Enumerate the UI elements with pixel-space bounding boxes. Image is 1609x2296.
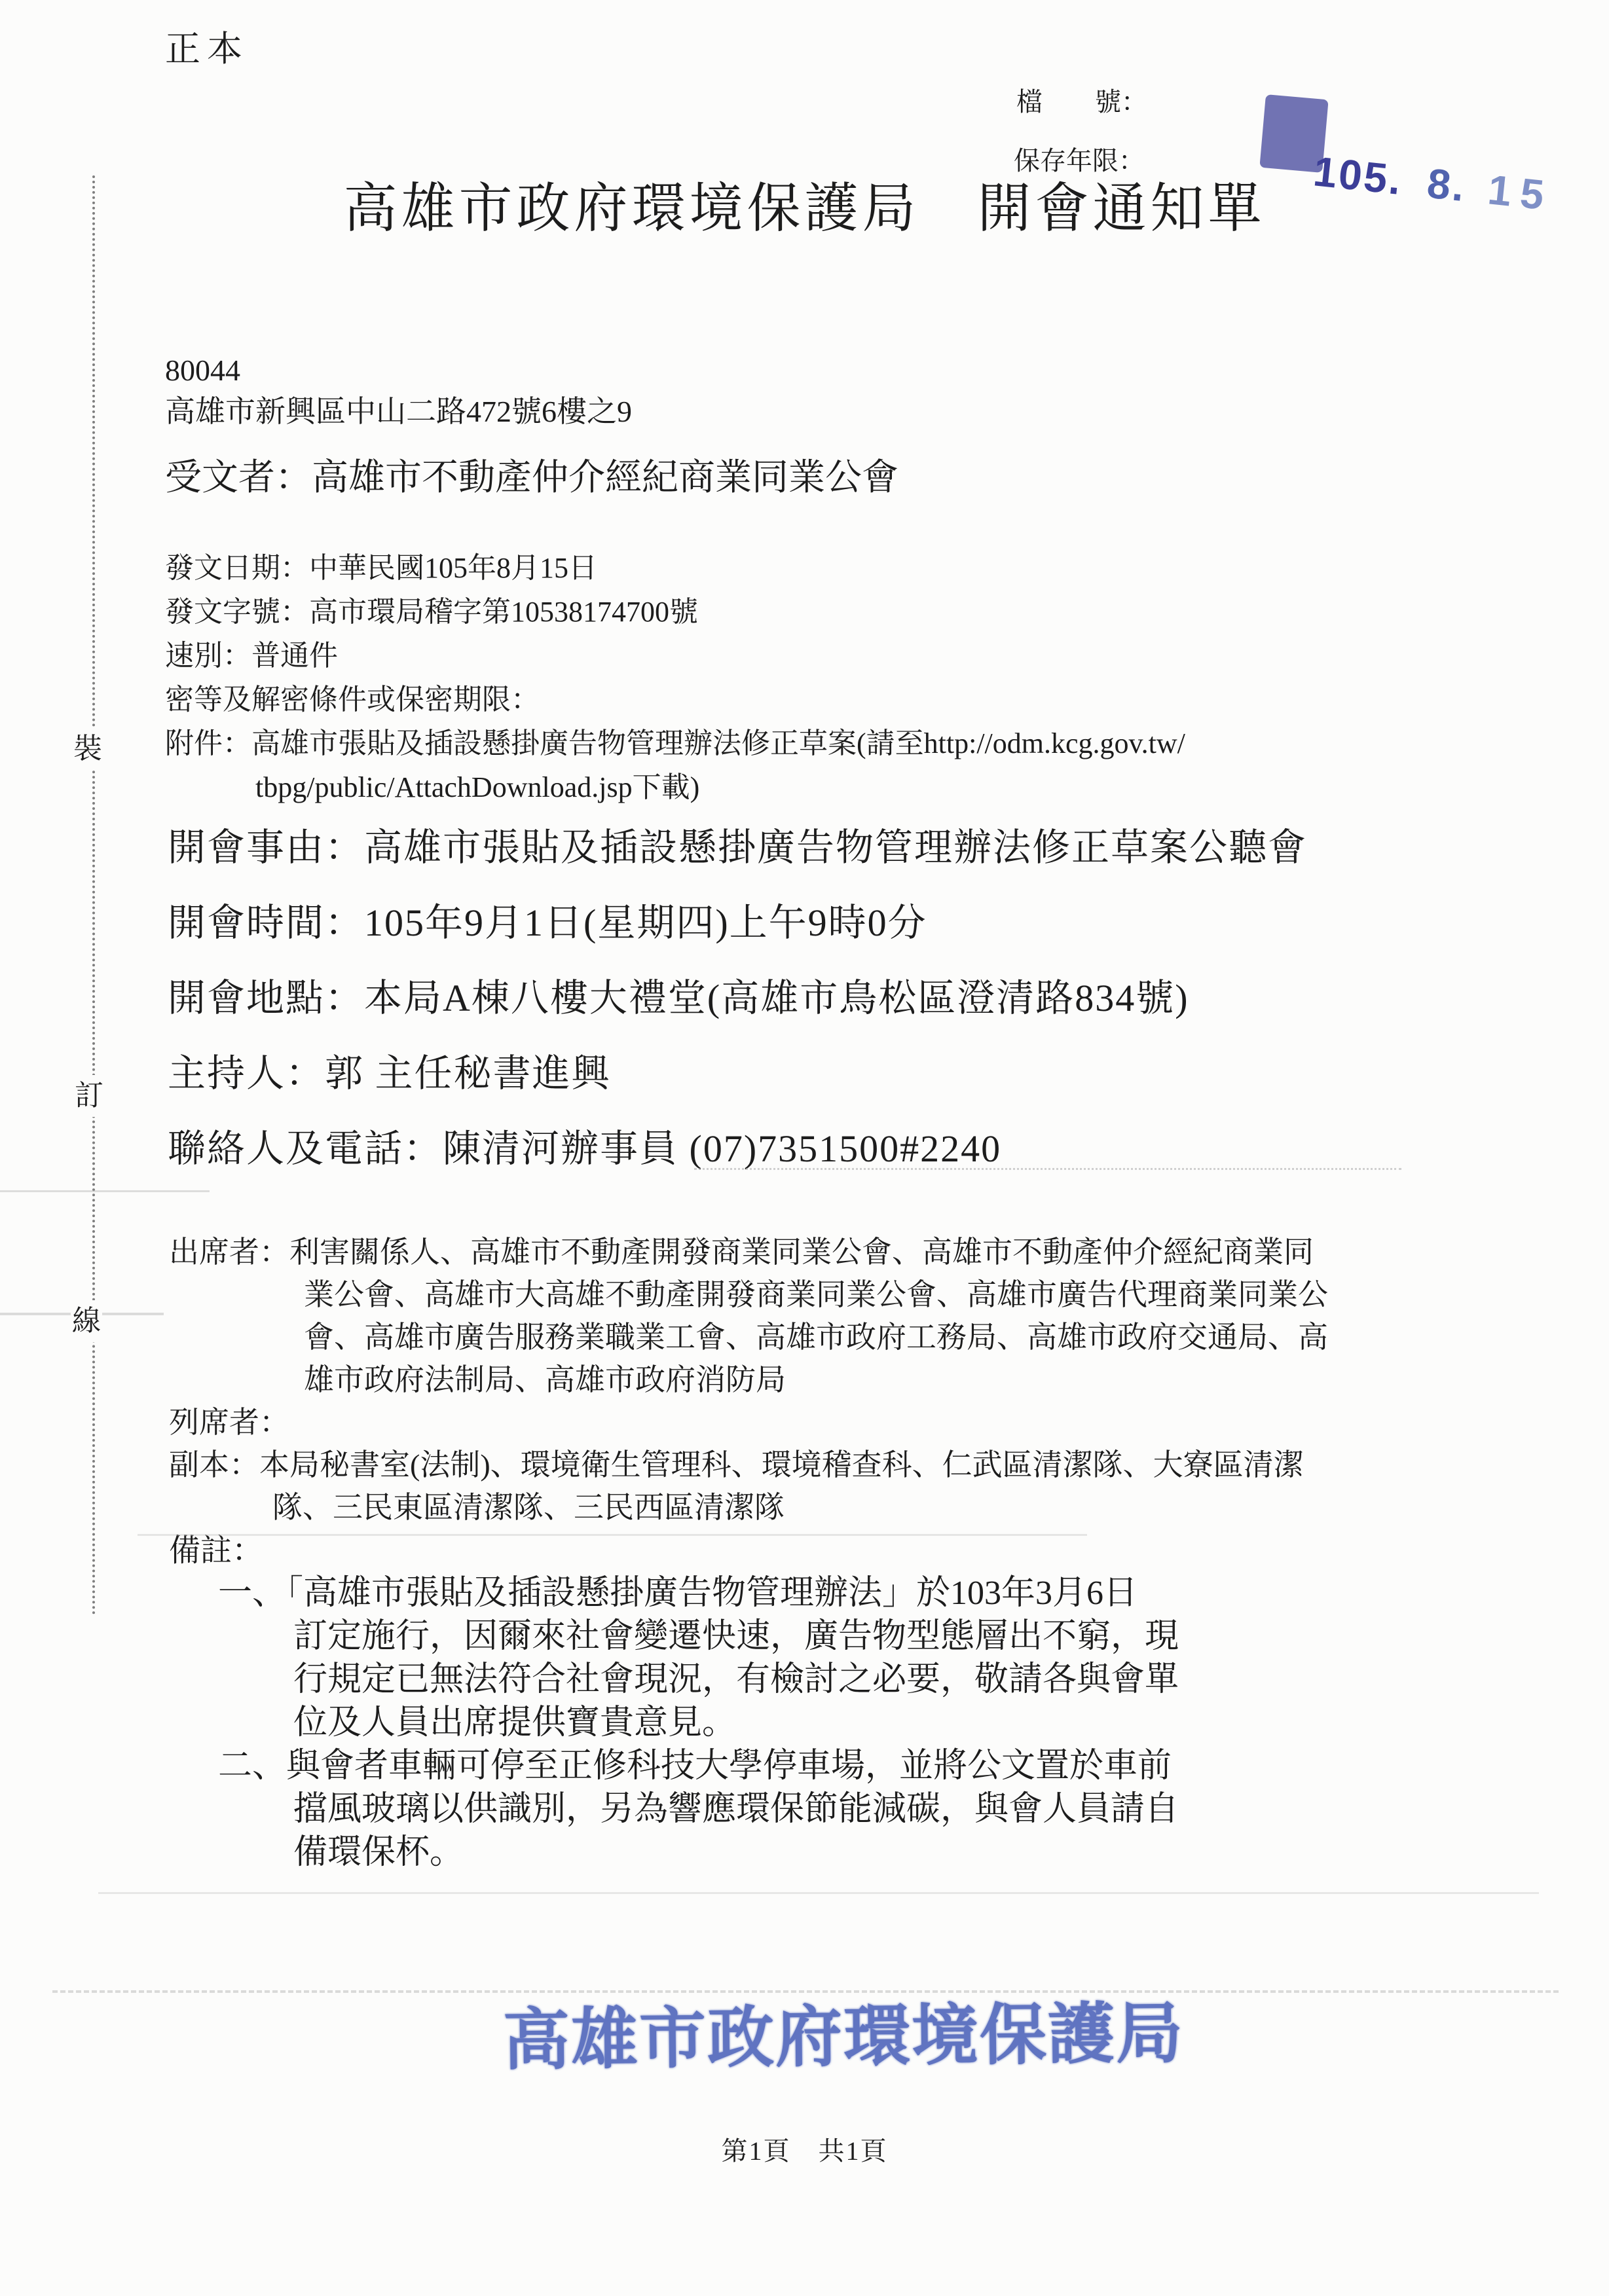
received-date-stamp: 105.8.15 — [1252, 93, 1561, 268]
carbon-copy-line: 隊、三民東區清潔隊、三民西區清潔隊 — [272, 1493, 785, 1523]
attendees-line: 雄市政府法制局、高雄市政府消防局 — [304, 1365, 786, 1395]
scan-artifact-line — [138, 1534, 1087, 1536]
postal-code: 80044 — [165, 355, 240, 386]
attachment-line: 附件：高雄市張貼及插設懸掛廣告物管理辦法修正草案(請至http://odm.kc… — [165, 729, 1185, 758]
scan-artifact-line — [98, 1892, 1539, 1894]
binding-mark-xian: 線 — [71, 1300, 102, 1342]
recipient-address: 高雄市新興區中山二路472號6樓之9 — [165, 397, 632, 427]
meeting-place-line: 開會地點：本局A棟八樓大禮堂(高雄市鳥松區澄清路834號) — [168, 979, 1189, 1017]
note-1-line: 行規定已無法符合社會現況，有檢討之必要，敬請各與會單 — [293, 1663, 1179, 1697]
issue-date-line: 發文日期：中華民國105年8月15日 — [165, 554, 597, 583]
retention-period-label: 保存年限： — [1014, 148, 1145, 174]
copy-type-label: 正本 — [165, 31, 249, 67]
note-2-line: 備環保杯。 — [293, 1836, 464, 1870]
observers-label: 列席者： — [169, 1408, 289, 1438]
binding-mark-ding: 訂 — [73, 1075, 105, 1117]
scan-artifact-line — [52, 1990, 1559, 1993]
scan-artifact-line — [694, 1168, 1401, 1170]
meeting-subject-line: 開會事由：高雄市張貼及插設懸掛廣告物管理辦法修正草案公聽會 — [168, 829, 1307, 867]
attendees-line: 出席者：利害關係人、高雄市不動產開發商業同業公會、高雄市不動產仲介經紀商業同 — [169, 1237, 1314, 1267]
note-1-line: 訂定施行，因爾來社會變遷快速，廣告物型態層出不窮，現 — [293, 1620, 1179, 1654]
document-title: 高雄市政府環境保護局 開會通知單 — [0, 182, 1609, 236]
file-number-label: 檔 號： — [1016, 89, 1147, 115]
scan-artifact-line — [0, 1190, 210, 1192]
delivery-speed-line: 速別：普通件 — [165, 642, 338, 670]
note-2-line: 擋風玻璃以供識別，另為響應環保節能減碳，與會人員請自 — [293, 1793, 1179, 1827]
attendees-line: 會、高雄市廣告服務業職業工會、高雄市政府工務局、高雄市政府交通局、高 — [304, 1322, 1328, 1353]
recipient-line: 受文者：高雄市不動產仲介經紀商業同業公會 — [165, 460, 898, 496]
page-number-footer: 第1頁 共1頁 — [0, 2138, 1609, 2164]
agency-seal-stamp: 高雄市政府環境保護局 — [502, 2001, 1184, 2075]
note-1-line: 一、「高雄市張貼及插設懸掛廣告物管理辦法」於103年3月6日 — [218, 1576, 1137, 1611]
contact-phone-line: 聯絡人及電話：陳清河辦事員 (07)7351500#2240 — [168, 1130, 1001, 1168]
binding-mark-zhuang: 裝 — [72, 728, 103, 770]
binding-dotted-line — [92, 175, 95, 1616]
note-1-line: 位及人員出席提供寶貴意見。 — [293, 1706, 736, 1740]
document-number-line: 發文字號：高市環局稽字第10538174700號 — [165, 598, 698, 627]
meeting-chair-line: 主持人：郭 主任秘書進興 — [168, 1055, 611, 1093]
attachment-line: tbpg/public/AttachDownload.jsp下載) — [255, 773, 699, 802]
note-2-line: 二、與會者車輛可停至正修科技大學停車場，並將公文置於車前 — [218, 1749, 1172, 1783]
meeting-time-line: 開會時間：105年9月1日(星期四)上午9時0分 — [168, 904, 927, 942]
scanned-document-page: 正本 檔 號： 保存年限： 105.8.15 高雄市政府環境保護局 開會通知單 … — [0, 0, 1609, 2296]
security-classification-line: 密等及解密條件或保密期限： — [165, 685, 540, 714]
notes-label: 備註： — [169, 1535, 263, 1567]
carbon-copy-line: 副本：本局秘書室(法制)、環境衛生管理科、環境稽查科、仁武區清潔隊、大寮區清潔 — [169, 1450, 1304, 1480]
attendees-line: 業公會、高雄市大高雄不動產開發商業同業公會、高雄市廣告代理商業同業公 — [304, 1280, 1328, 1310]
